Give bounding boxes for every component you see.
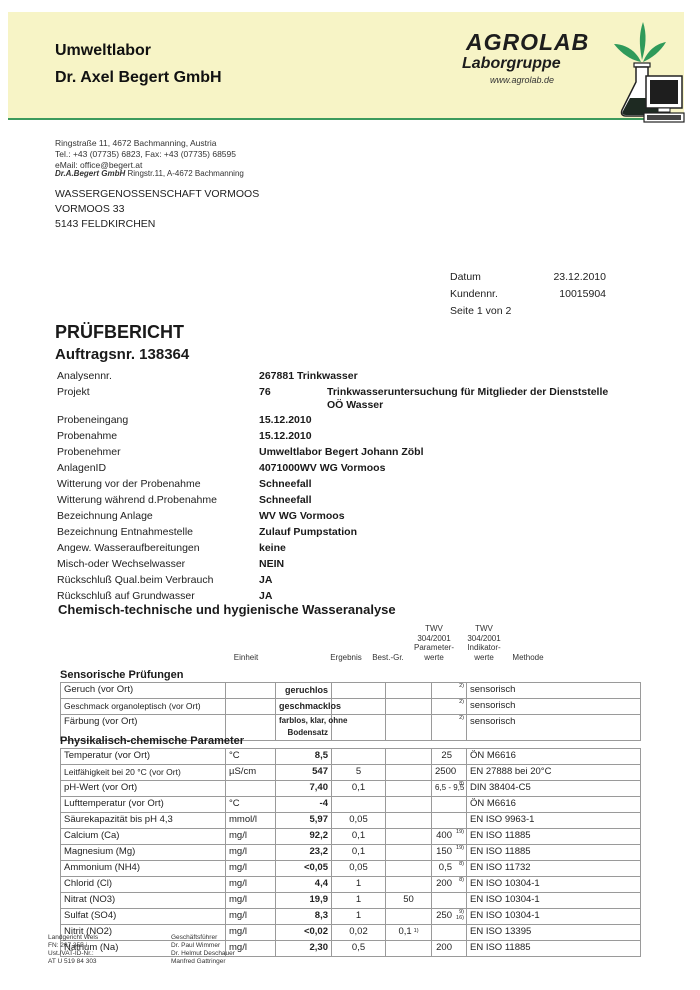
detection-limit-cell: 0,1 bbox=[332, 829, 386, 845]
info-value: Zulauf Pumpstation bbox=[259, 526, 357, 538]
footer-registry: Landgericht Wels FN: 207 355 i Ust./VAT-… bbox=[48, 934, 98, 966]
result-cell: 8,3 bbox=[276, 909, 332, 925]
table-row: pH-Wert (vor Ort)7,400,16,5 - 9,58)DIN 3… bbox=[61, 781, 641, 797]
report-title: PRÜFBERICHT bbox=[55, 322, 184, 343]
info-value: keine bbox=[259, 542, 286, 554]
physchem-table: Temperatur (vor Ort)°C8,525ÖN M6616Leitf… bbox=[60, 748, 641, 957]
col-header-detection-limit: Best.-Gr. bbox=[368, 653, 408, 663]
recipient-address: WASSERGENOSSENSCHAFT VORMOOS VORMOOS 33 … bbox=[55, 187, 259, 232]
parameter-value-cell bbox=[386, 765, 432, 781]
unit-cell bbox=[226, 781, 276, 797]
method-cell: EN 27888 bei 20°C bbox=[467, 765, 641, 781]
table-row: Säurekapazität bis pH 4,3mmol/l5,970,05E… bbox=[61, 813, 641, 829]
method-cell: EN ISO 10304-1 bbox=[467, 877, 641, 893]
method-cell: ÖN M6616 bbox=[467, 797, 641, 813]
parameter-value-cell bbox=[386, 941, 432, 957]
result-cell: 5,97 bbox=[276, 813, 332, 829]
parameter-value-cell bbox=[386, 683, 432, 699]
sender-company: Dr.A.Begert GmbH bbox=[55, 169, 125, 178]
parameter-value-cell: 0,11) bbox=[386, 925, 432, 941]
agrolab-subtitle: Laborgruppe bbox=[462, 55, 561, 73]
info-value: WV WG Vormoos bbox=[259, 510, 345, 522]
col-header-result: Ergebnis bbox=[326, 653, 366, 663]
detection-limit-cell: 0,05 bbox=[332, 813, 386, 829]
detection-limit-cell: 0,02 bbox=[332, 925, 386, 941]
footnote-marker: 1) bbox=[414, 928, 419, 934]
info-value: JA bbox=[259, 590, 272, 602]
result-cell: 7,40 bbox=[276, 781, 332, 797]
parameter-value-cell bbox=[386, 909, 432, 925]
unit-cell: mmol/l bbox=[226, 813, 276, 829]
info-label: Rückschluß Qual.beim Verbrauch bbox=[57, 574, 213, 586]
table-row: Calcium (Ca)mg/l92,20,140019)EN ISO 1188… bbox=[61, 829, 641, 845]
info-label: Bezeichnung Anlage bbox=[57, 510, 153, 522]
result-cell: 19,9 bbox=[276, 893, 332, 909]
info-value: Umweltlabor Begert Johann Zöbl bbox=[259, 446, 424, 458]
result-cell: <0,02 bbox=[276, 925, 332, 941]
info-label: Projekt bbox=[57, 386, 90, 398]
footer-management: Geschäftsführer Dr. Paul Wimmer Dr. Helm… bbox=[171, 934, 235, 966]
indicator-value-cell: 6,5 - 9,58) bbox=[432, 781, 467, 797]
method-cell: EN ISO 11732 bbox=[467, 861, 641, 877]
parameter-name: Calcium (Ca) bbox=[61, 829, 226, 845]
col-header-indicator-values: TWV 304/2001 Indikator- werte bbox=[462, 624, 506, 662]
date-value: 23.12.2010 bbox=[540, 271, 606, 283]
indicator-value-cell bbox=[432, 893, 467, 909]
method-cell: ÖN M6616 bbox=[467, 749, 641, 765]
date-label: Datum bbox=[450, 271, 481, 283]
method-cell: sensorisch bbox=[467, 699, 641, 715]
parameter-name: pH-Wert (vor Ort) bbox=[61, 781, 226, 797]
method-cell: sensorisch bbox=[467, 715, 641, 741]
parameter-value-cell: 50 bbox=[386, 893, 432, 909]
info-value: 4071000WV WG Vormoos bbox=[259, 462, 385, 474]
result-cell: 547 bbox=[276, 765, 332, 781]
result-cell: 2,30 bbox=[276, 941, 332, 957]
analysis-title: Chemisch-technische und hygienische Wass… bbox=[58, 602, 396, 617]
indicator-value-cell bbox=[432, 813, 467, 829]
unit-cell bbox=[226, 699, 276, 715]
unit-cell: mg/l bbox=[226, 877, 276, 893]
indicator-value-cell bbox=[432, 925, 467, 941]
info-value: 267881 Trinkwasser bbox=[259, 370, 358, 382]
table-row: Temperatur (vor Ort)°C8,525ÖN M6616 bbox=[61, 749, 641, 765]
table-row: Leitfähigkeit bei 20 °C (vor Ort)µS/cm54… bbox=[61, 765, 641, 781]
footnote-marker: 8) bbox=[459, 877, 464, 883]
agrolab-logo-text: AGROLAB bbox=[466, 29, 589, 56]
col-header-parameter-values: TWV 304/2001 Parameter- werte bbox=[412, 624, 456, 662]
parameter-name: Geruch (vor Ort) bbox=[61, 683, 226, 699]
sender-address: Ringstr.11, A-4672 Bachmanning bbox=[127, 169, 243, 178]
unit-cell: °C bbox=[226, 797, 276, 813]
indicator-value-cell: 2509)16) bbox=[432, 909, 467, 925]
method-cell: DIN 38404-C5 bbox=[467, 781, 641, 797]
footnote-marker: 9)16) bbox=[456, 909, 464, 921]
info-label: Probeneingang bbox=[57, 414, 128, 426]
customer-number-label: Kundennr. bbox=[450, 288, 498, 300]
parameter-value-cell bbox=[386, 845, 432, 861]
customer-number-value: 10015904 bbox=[540, 288, 606, 300]
indicator-value-cell: 200 bbox=[432, 941, 467, 957]
result-cell: 8,5 bbox=[276, 749, 332, 765]
parameter-name: Säurekapazität bis pH 4,3 bbox=[61, 813, 226, 829]
footnote-marker: 2) bbox=[459, 715, 464, 721]
col-header-unit: Einheit bbox=[226, 653, 266, 663]
info-label: Bezeichnung Entnahmestelle bbox=[57, 526, 193, 538]
parameter-name: Geschmack organoleptisch (vor Ort) bbox=[61, 699, 226, 715]
table-row: Geschmack organoleptisch (vor Ort)geschm… bbox=[61, 699, 641, 715]
detection-limit-cell: 1 bbox=[332, 893, 386, 909]
table-row: Ammonium (NH4)mg/l<0,050,050,58)EN ISO 1… bbox=[61, 861, 641, 877]
table-row: Nitrat (NO3)mg/l19,9150EN ISO 10304-1 bbox=[61, 893, 641, 909]
parameter-value-cell bbox=[386, 829, 432, 845]
method-cell: EN ISO 10304-1 bbox=[467, 893, 641, 909]
detection-limit-cell: 0,1 bbox=[332, 845, 386, 861]
method-cell: EN ISO 11885 bbox=[467, 829, 641, 845]
parameter-value-cell bbox=[386, 877, 432, 893]
table-row: Natrium (Na)mg/l2,300,5200EN ISO 11885 bbox=[61, 941, 641, 957]
parameter-name: Lufttemperatur (vor Ort) bbox=[61, 797, 226, 813]
info-label: Misch-oder Wechselwasser bbox=[57, 558, 185, 570]
unit-cell: mg/l bbox=[226, 861, 276, 877]
info-label: Probenahme bbox=[57, 430, 117, 442]
indicator-value-cell: 25 bbox=[432, 749, 467, 765]
table-row: Nitrit (NO2)mg/l<0,020,020,11)EN ISO 133… bbox=[61, 925, 641, 941]
detection-limit-cell: 1 bbox=[332, 877, 386, 893]
col-header-method: Methode bbox=[506, 653, 550, 663]
table-row: Lufttemperatur (vor Ort)°C-4ÖN M6616 bbox=[61, 797, 641, 813]
detection-limit-cell: 0,05 bbox=[332, 861, 386, 877]
unit-cell bbox=[226, 683, 276, 699]
info-value: 15.12.2010 bbox=[259, 430, 312, 442]
parameter-value-cell bbox=[386, 797, 432, 813]
info-label: Witterung während d.Probenahme bbox=[57, 494, 217, 506]
result-cell: geschmacklos bbox=[276, 699, 332, 715]
indicator-value-cell: 2) bbox=[432, 699, 467, 715]
detection-limit-cell: 1 bbox=[332, 909, 386, 925]
table-row: Geruch (vor Ort)geruchlos2)sensorisch bbox=[61, 683, 641, 699]
info-value: Schneefall bbox=[259, 494, 312, 506]
section-sensory-title: Sensorische Prüfungen bbox=[60, 669, 183, 681]
unit-cell: °C bbox=[226, 749, 276, 765]
info-label: Probenehmer bbox=[57, 446, 121, 458]
info-label: Witterung vor der Probenahme bbox=[57, 478, 201, 490]
parameter-value-cell bbox=[386, 861, 432, 877]
indicator-value-cell: 40019) bbox=[432, 829, 467, 845]
detection-limit-cell bbox=[332, 683, 386, 699]
indicator-value-cell: 2) bbox=[432, 715, 467, 741]
lab-phone-fax: Tel.: +43 (07735) 6823, Fax: +43 (07735)… bbox=[55, 149, 236, 160]
project-description: Trinkwasseruntersuchung für Mitglieder d… bbox=[327, 386, 608, 412]
info-value: NEIN bbox=[259, 558, 284, 570]
info-value: 15.12.2010 bbox=[259, 414, 312, 426]
parameter-name: Temperatur (vor Ort) bbox=[61, 749, 226, 765]
table-row: Sulfat (SO4)mg/l8,312509)16)EN ISO 10304… bbox=[61, 909, 641, 925]
recipient-name: WASSERGENOSSENSCHAFT VORMOOS bbox=[55, 187, 259, 202]
result-cell: <0,05 bbox=[276, 861, 332, 877]
order-number: Auftragsnr. 138364 bbox=[55, 346, 189, 363]
sender-line: Dr.A.Begert GmbH Ringstr.11, A-4672 Bach… bbox=[55, 169, 244, 178]
result-cell: 92,2 bbox=[276, 829, 332, 845]
method-cell: sensorisch bbox=[467, 683, 641, 699]
unit-cell: mg/l bbox=[226, 909, 276, 925]
result-cell: 4,4 bbox=[276, 877, 332, 893]
indicator-value-cell: 2008) bbox=[432, 877, 467, 893]
parameter-value-cell bbox=[386, 813, 432, 829]
result-cell: 23,2 bbox=[276, 845, 332, 861]
footnote-marker: 8) bbox=[459, 861, 464, 867]
indicator-value-cell: 2500 bbox=[432, 765, 467, 781]
unit-cell: mg/l bbox=[226, 893, 276, 909]
table-row: Chlorid (Cl)mg/l4,412008)EN ISO 10304-1 bbox=[61, 877, 641, 893]
info-value: Schneefall bbox=[259, 478, 312, 490]
result-cell: -4 bbox=[276, 797, 332, 813]
info-label: AnlagenID bbox=[57, 462, 106, 474]
table-row: Magnesium (Mg)mg/l23,20,115019)EN ISO 11… bbox=[61, 845, 641, 861]
method-cell: EN ISO 9963-1 bbox=[467, 813, 641, 829]
method-cell: EN ISO 13395 bbox=[467, 925, 641, 941]
footnote-marker: 2) bbox=[459, 699, 464, 705]
unit-cell: mg/l bbox=[226, 845, 276, 861]
result-cell: farblos, klar, ohneBodensatz bbox=[276, 715, 332, 741]
parameter-name: Leitfähigkeit bei 20 °C (vor Ort) bbox=[61, 765, 226, 781]
recipient-city: 5143 FELDKIRCHEN bbox=[55, 217, 259, 232]
result-cell: geruchlos bbox=[276, 683, 332, 699]
detection-limit-cell: 5 bbox=[332, 765, 386, 781]
method-cell: EN ISO 11885 bbox=[467, 941, 641, 957]
page-indicator: Seite 1 von 2 bbox=[450, 305, 511, 317]
recipient-street: VORMOOS 33 bbox=[55, 202, 259, 217]
detection-limit-cell: 0,5 bbox=[332, 941, 386, 957]
info-value: JA bbox=[259, 574, 272, 586]
info-value: 76 bbox=[259, 386, 271, 398]
parameter-name: Chlorid (Cl) bbox=[61, 877, 226, 893]
info-label: Analysennr. bbox=[57, 370, 112, 382]
parameter-value-cell bbox=[386, 699, 432, 715]
lab-company: Dr. Axel Begert GmbH bbox=[55, 69, 222, 87]
indicator-value-cell: 2) bbox=[432, 683, 467, 699]
footnote-marker: 8) bbox=[459, 781, 464, 787]
parameter-name: Ammonium (NH4) bbox=[61, 861, 226, 877]
unit-cell: mg/l bbox=[226, 829, 276, 845]
parameter-value-cell bbox=[386, 749, 432, 765]
agrolab-website: www.agrolab.de bbox=[490, 75, 554, 85]
info-label: Rückschluß auf Grundwasser bbox=[57, 590, 195, 602]
parameter-name: Magnesium (Mg) bbox=[61, 845, 226, 861]
unit-cell: µS/cm bbox=[226, 765, 276, 781]
footnote-marker: 19) bbox=[456, 845, 464, 851]
footnote-marker: 2) bbox=[459, 683, 464, 689]
detection-limit-cell bbox=[332, 797, 386, 813]
indicator-value-cell bbox=[432, 797, 467, 813]
detection-limit-cell bbox=[332, 749, 386, 765]
method-cell: EN ISO 10304-1 bbox=[467, 909, 641, 925]
parameter-value-cell bbox=[386, 715, 432, 741]
detection-limit-cell: 0,1 bbox=[332, 781, 386, 797]
lab-address: Ringstraße 11, 4672 Bachmanning, Austria bbox=[55, 138, 216, 149]
lab-name: Umweltlabor bbox=[55, 42, 151, 60]
method-cell: EN ISO 11885 bbox=[467, 845, 641, 861]
info-label: Angew. Wasseraufbereitungen bbox=[57, 542, 200, 554]
lab-flask-computer-icon bbox=[606, 14, 686, 132]
parameter-name: Nitrat (NO3) bbox=[61, 893, 226, 909]
sensory-table: Geruch (vor Ort)geruchlos2)sensorischGes… bbox=[60, 682, 641, 741]
indicator-value-cell: 15019) bbox=[432, 845, 467, 861]
parameter-value-cell bbox=[386, 781, 432, 797]
parameter-name: Sulfat (SO4) bbox=[61, 909, 226, 925]
section-physchem-title: Physikalisch-chemische Parameter bbox=[60, 735, 244, 747]
indicator-value-cell: 0,58) bbox=[432, 861, 467, 877]
footnote-marker: 19) bbox=[456, 829, 464, 835]
